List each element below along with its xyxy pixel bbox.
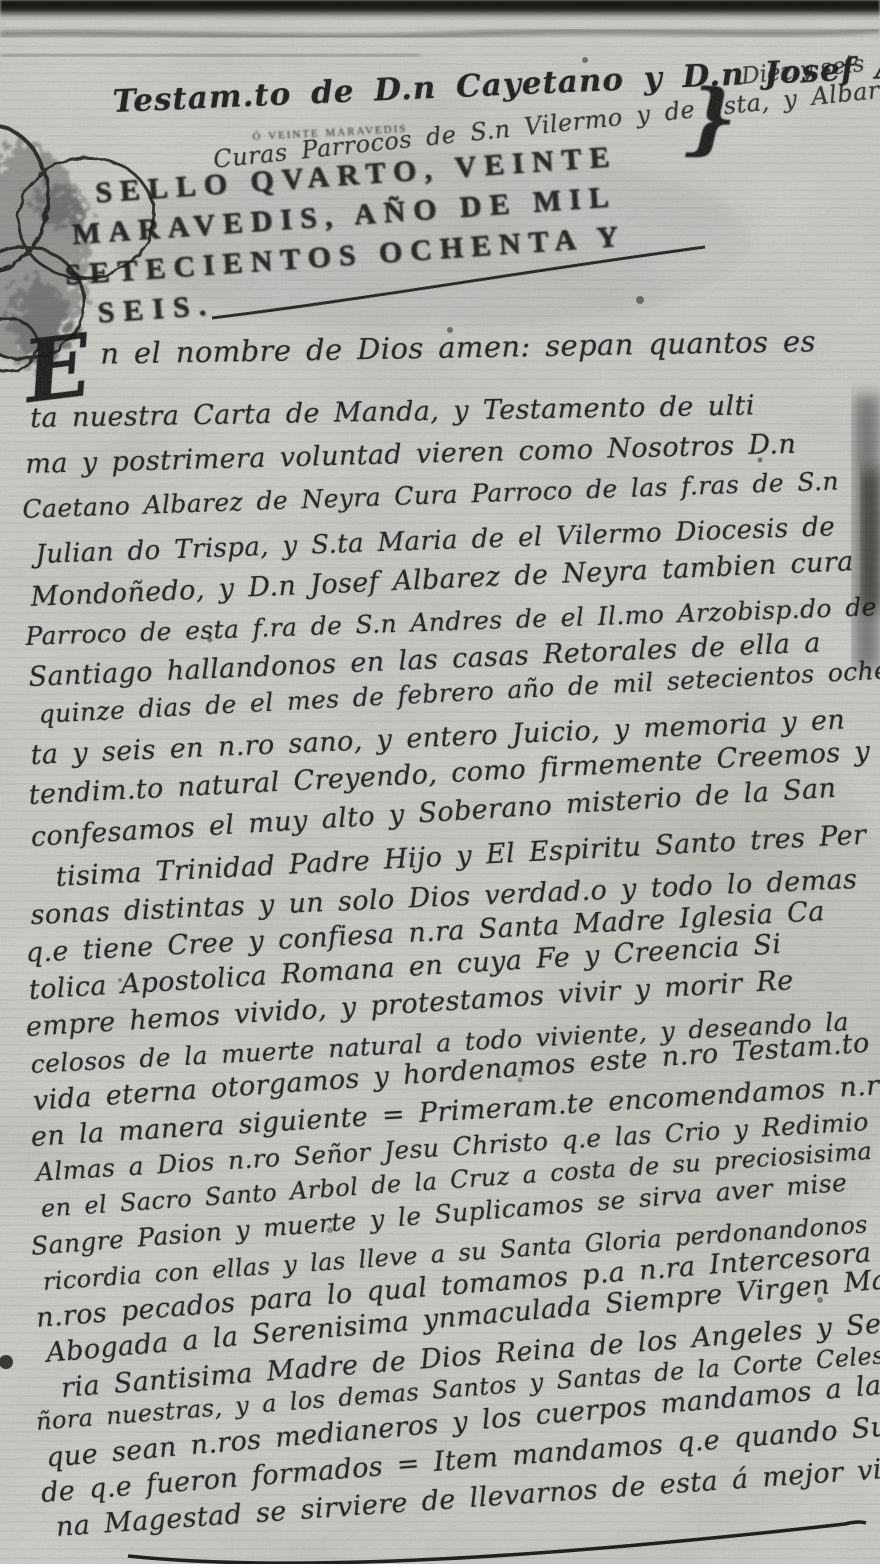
illuminated-initial: E — [22, 342, 93, 397]
scan-top-border — [0, 0, 880, 20]
manuscript-text-layer: Testam.to de D.n Cayetano y D.n Josef Al… — [0, 0, 880, 1564]
manuscript-line: En el nombre de Dios amen: sepan quantos… — [24, 324, 817, 393]
scanned-manuscript-page: { "page": { "document_kind": "18th-centu… — [0, 0, 880, 1564]
revenue-stamp-text: SELLO QVARTO, VEINTE MARAVEDIS, AÑO DE M… — [58, 137, 630, 336]
manuscript-line-text: n el nombre de Dios amen: sepan quantos … — [100, 324, 816, 370]
brace-icon: } — [685, 72, 738, 165]
manuscript-line: ta nuestra Carta de Manda, y Testamento … — [30, 390, 755, 434]
